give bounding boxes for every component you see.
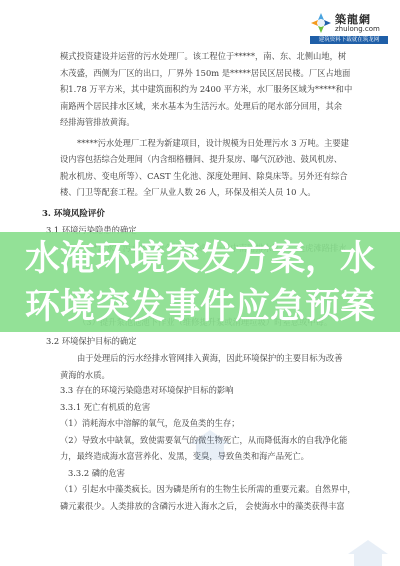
para2-line: 楼、门卫等配套工程。全厂从业人数 26 人，环保及相关人员 10 人。 (60, 184, 360, 201)
para1-line: 模式投资建设并运营的污水处理厂。该工程位于*****，南、东、北侧山地，树 (60, 48, 360, 65)
zhulong-logo[interactable]: 築龍網 zhulong.com 建筑资料下载就在筑龙网 (310, 10, 390, 46)
watermark-icon (190, 430, 230, 460)
section-3-2-heading: 3.2 环境保护目标的确定 (46, 333, 137, 349)
intro-section: 模式投资建设并运营的污水处理厂。该工程位于*****，南、东、北侧山地，树 木茂… (60, 48, 360, 201)
logo-tagline: 建筑资料下载就在筑龙网 (310, 36, 388, 44)
para1-line: 木茂盛，西侧为厂区的出口，厂界外 150m 是*****居民区居民楼。厂区占地面 (60, 65, 360, 82)
para1-line: 南路两个居民排水区域，来水基本为生活污水。处理后的尾水部分回用，其余 (60, 98, 360, 115)
banner-title-line-2: 环境突发事件应急预案 (0, 283, 400, 331)
section-3-2-body: 由于处理后的污水经排水管网排入黄海，因此环境保护的主要目标为改善 黄海的水质。 (60, 350, 360, 383)
para2-line: 设内容包括综合处理间（内含细格栅间、提升泵房、曝气沉砂池、鼓风机房、 (60, 151, 360, 168)
section-3-heading: 3. 环境风险评价 (42, 206, 105, 222)
list-item: （1）引起水中藻类疯长。因为磷是所有的生物生长所需的重要元素。自然界中， (60, 481, 360, 498)
banner-title-line-1: 水淹环境突发方案，水 (0, 235, 400, 283)
para1-line: 经排海管排放黄海。 (60, 114, 360, 131)
section-3-2-line: 由于处理后的污水经排水管网排入黄海，因此环境保护的主要目标为改善 (60, 350, 360, 367)
section-3-3-heading: 3.3 存在的环境污染隐患对环境保护目标的影响 (60, 382, 233, 398)
para1-line: 积1.78 万平方米，其中建筑面积约为 2400 平方米，水厂服务区域为****… (60, 81, 360, 98)
section-3-2-line: 黄海的水质。 (60, 367, 360, 384)
section-3-3-1-heading: 3.3.1 死亡有机质的危害 (60, 399, 150, 415)
zhulong-logo-icon (310, 12, 332, 34)
section-3-3-2-list: （1）引起水中藻类疯长。因为磷是所有的生物生长所需的重要元素。自然界中， 磷元素… (60, 481, 360, 514)
logo-domain: zhulong.com (335, 25, 380, 33)
watermark-icon (348, 540, 388, 566)
section-3-3-2-heading: 3.3.2 磷的危害 (68, 465, 125, 481)
document-page: 築龍網 zhulong.com 建筑资料下载就在筑龙网 模式投资建设并运营的污水… (0, 0, 400, 566)
para2-line: 脱水机房、变电所等）、CAST 生化池、深度处理间、除臭床等。另外还有综合 (60, 168, 360, 185)
banner-title: 水淹环境突发方案，水 环境突发事件应急预案 (0, 232, 400, 332)
list-item: 磷元素很少。人类排放的含磷污水进入海水之后， 会使海水中的藻类获得丰富 (60, 498, 360, 515)
para2-line: *****污水处理厂工程为新建项目，设计规模为日处理污水 3 万吨。主要建 (60, 135, 360, 152)
